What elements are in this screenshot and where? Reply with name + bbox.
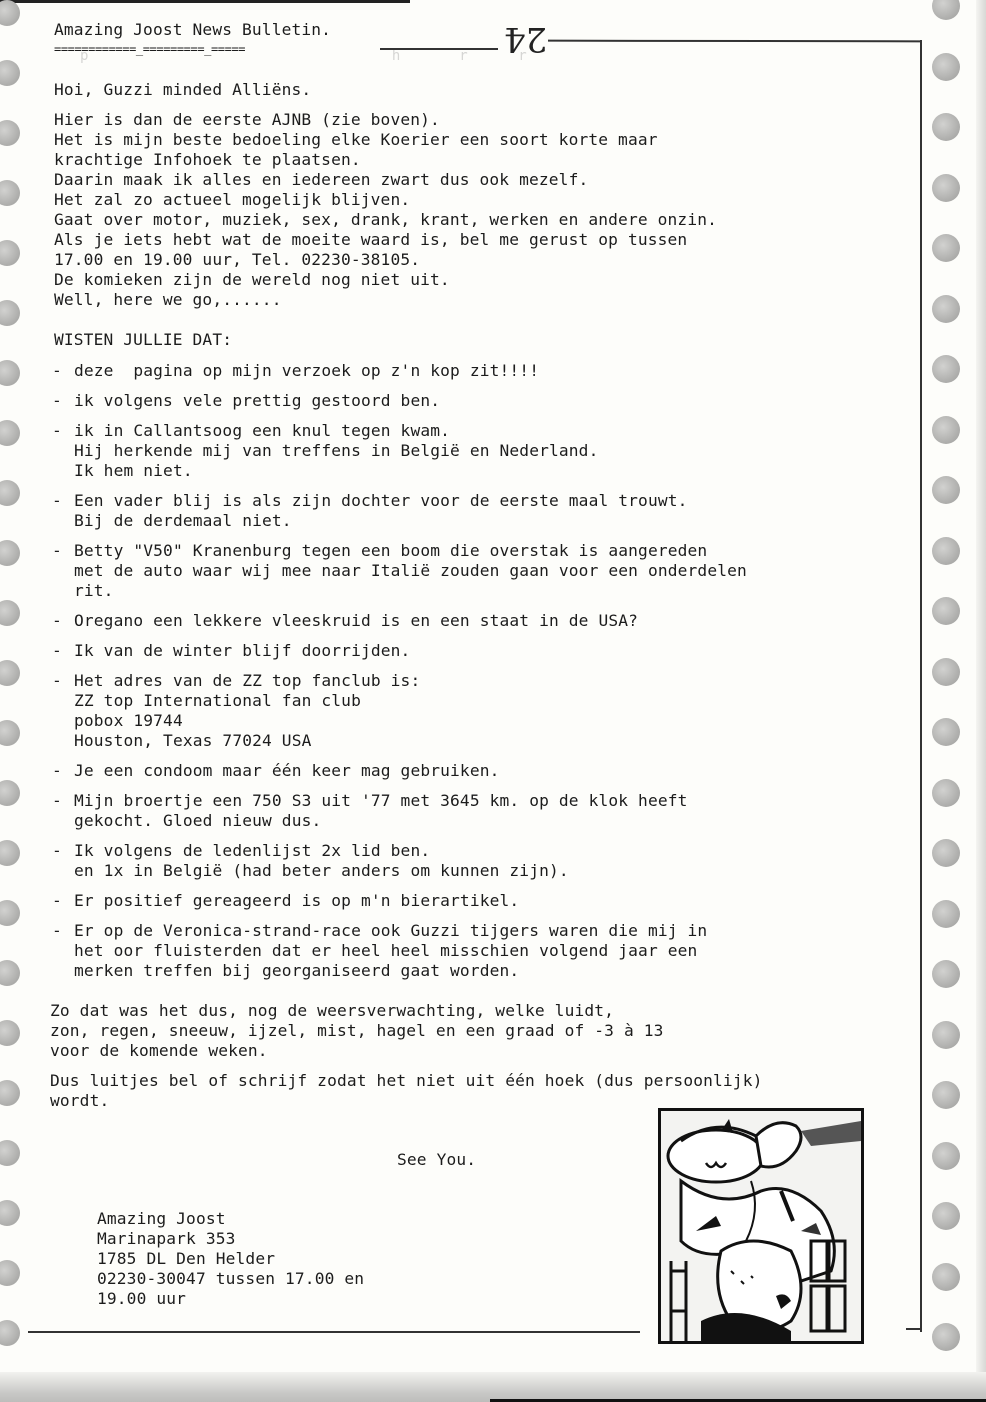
bullet-line: Er positief gereageerd is op m'n bierart… [74, 891, 747, 911]
punch-hole-icon [0, 1200, 20, 1226]
bullet-dash-icon: - [52, 641, 62, 661]
bullet-line: met de auto waar wij mee naar Italië zou… [74, 561, 747, 581]
punch-hole-icon [932, 1021, 960, 1049]
punch-hole-icon [0, 300, 20, 326]
punch-hole-icon [932, 0, 960, 20]
bullet-line: rit. [74, 581, 747, 601]
bullet-line: het oor fluisterden dat er heel heel mis… [74, 941, 747, 961]
bullet-text: deze pagina op mijn verzoek op z'n kop z… [74, 361, 747, 381]
signature-line: 02230-30047 tussen 17.00 en [97, 1269, 364, 1289]
punch-hole-icon [0, 420, 20, 446]
bullet-dash-icon: - [52, 891, 62, 911]
bulletin-title-underline: ============_=========_===== [54, 39, 245, 59]
punch-hole-icon [0, 0, 20, 26]
punch-hole-icon [0, 480, 20, 506]
bullet-dash-icon: - [52, 671, 62, 691]
bullet-line: ik in Callantsoog een knul tegen kwam. [74, 421, 747, 441]
bullet-item: -deze pagina op mijn verzoek op z'n kop … [52, 361, 747, 381]
punch-hole-icon [932, 476, 960, 504]
punch-hole-icon [0, 360, 20, 386]
bullet-item: -Oregano een lekkere vleeskruid is en ee… [52, 611, 747, 631]
bullet-text: Betty "V50" Kranenburg tegen een boom di… [74, 541, 747, 601]
bullet-text: Ik van de winter blijf doorrijden. [74, 641, 747, 661]
bullet-line: gekocht. Gloed nieuw dus. [74, 811, 747, 831]
bullet-item: -Er op de Veronica-strand-race ook Guzzi… [52, 921, 747, 981]
greeting-text: Hoi, Guzzi minded Alliëns. [54, 80, 311, 100]
bullet-dash-icon: - [52, 921, 62, 941]
page-edge-bottom [0, 1372, 986, 1402]
frame-border-top-left [380, 48, 498, 50]
bullet-text: ik in Callantsoog een knul tegen kwam.Hi… [74, 421, 747, 481]
punch-hole-icon [932, 597, 960, 625]
punch-hole-icon [0, 1020, 20, 1046]
bullet-item: -Ik volgens de ledenlijst 2x lid ben.en … [52, 841, 747, 881]
bullet-line: Er op de Veronica-strand-race ook Guzzi … [74, 921, 747, 941]
intro-line: krachtige Infohoek te plaatsen. [54, 150, 717, 170]
bullet-list: -deze pagina op mijn verzoek op z'n kop … [52, 361, 747, 991]
bullet-dash-icon: - [52, 391, 62, 411]
bullet-line: deze pagina op mijn verzoek op z'n kop z… [74, 361, 747, 381]
bullet-line: Hij herkende mij van treffens in België … [74, 441, 747, 461]
closing-line: zon, regen, sneeuw, ijzel, mist, hagel e… [50, 1021, 664, 1041]
punch-hole-icon [932, 900, 960, 928]
punch-hole-icon [932, 174, 960, 202]
bullet-item: -Ik van de winter blijf doorrijden. [52, 641, 747, 661]
signature-line: 19.00 uur [97, 1289, 364, 1309]
punch-hole-icon [0, 180, 20, 206]
intro-line: 17.00 en 19.00 uur, Tel. 02230-38105. [54, 250, 717, 270]
punch-hole-icon [932, 416, 960, 444]
bullet-dash-icon: - [52, 491, 62, 511]
frame-border-bottom-left [28, 1331, 640, 1333]
punch-hole-icon [0, 240, 20, 266]
bullet-line: Het adres van de ZZ top fanclub is: [74, 671, 747, 691]
bullet-item: -Het adres van de ZZ top fanclub is:ZZ t… [52, 671, 747, 751]
punch-hole-icon [932, 53, 960, 81]
bullet-dash-icon: - [52, 841, 62, 861]
bullet-text: Oregano een lekkere vleeskruid is en een… [74, 611, 747, 631]
bullet-line: Bij de derdemaal niet. [74, 511, 747, 531]
bullet-line: pobox 19744 [74, 711, 747, 731]
punch-hole-icon [932, 1142, 960, 1170]
bullet-item: -ik in Callantsoog een knul tegen kwam.H… [52, 421, 747, 481]
punch-hole-icon [932, 1202, 960, 1230]
bullet-line: Betty "V50" Kranenburg tegen een boom di… [74, 541, 747, 561]
bullet-line: Ik volgens de ledenlijst 2x lid ben. [74, 841, 747, 861]
punch-hole-icon [932, 113, 960, 141]
sign-off: See You. [397, 1150, 476, 1170]
bullet-item: -Je een condoom maar één keer mag gebrui… [52, 761, 747, 781]
punch-hole-icon [0, 840, 20, 866]
cartoon-drawing-icon [661, 1111, 861, 1341]
punch-hole-icon [932, 779, 960, 807]
punch-hole-icon [932, 537, 960, 565]
bullet-line: Een vader blij is als zijn dochter voor … [74, 491, 747, 511]
bullet-text: Mijn broertje een 750 S3 uit '77 met 364… [74, 791, 747, 831]
punch-hole-icon [932, 839, 960, 867]
intro-line: Well, here we go,...... [54, 290, 717, 310]
sign-off-text: See You. [397, 1150, 476, 1170]
bullet-line: Mijn broertje een 750 S3 uit '77 met 364… [74, 791, 747, 811]
frame-border-bottom-right [906, 1328, 922, 1330]
intro-line: Gaat over motor, muziek, sex, drank, kra… [54, 210, 717, 230]
punch-hole-icon [0, 60, 20, 86]
bullet-text: ik volgens vele prettig gestoord ben. [74, 391, 747, 411]
punch-hole-icon [0, 1260, 20, 1286]
signature-line: Marinapark 353 [97, 1229, 364, 1249]
punch-hole-icon [0, 120, 20, 146]
section-heading: WISTEN JULLIE DAT: [54, 330, 232, 350]
bullet-text: Het adres van de ZZ top fanclub is:ZZ to… [74, 671, 747, 751]
bulletin-title: Amazing Joost News Bulletin. [54, 20, 331, 40]
punch-hole-icon [0, 600, 20, 626]
bullet-line: ZZ top International fan club [74, 691, 747, 711]
bullet-dash-icon: - [52, 791, 62, 811]
intro-line: Het zal zo actueel mogelijk blijven. [54, 190, 717, 210]
bullet-item: -ik volgens vele prettig gestoord ben. [52, 391, 747, 411]
bullet-text: Er op de Veronica-strand-race ook Guzzi … [74, 921, 747, 981]
closing-line: Zo dat was het dus, nog de weersverwacht… [50, 1001, 664, 1021]
page-edge-right [976, 0, 986, 1380]
bullet-text: Er positief gereageerd is op m'n bierart… [74, 891, 747, 911]
intro-paragraph: Hier is dan de eerste AJNB (zie boven).H… [54, 110, 717, 310]
closing-line: Dus luitjes bel of schrijf zodat het nie… [50, 1071, 763, 1091]
intro-line: Het is mijn beste bedoeling elke Koerier… [54, 130, 717, 150]
page-edge-top [0, 0, 410, 3]
bullet-line: ik volgens vele prettig gestoord ben. [74, 391, 747, 411]
punch-hole-icon [932, 1323, 960, 1351]
bullet-item: -Mijn broertje een 750 S3 uit '77 met 36… [52, 791, 747, 831]
bullet-dash-icon: - [52, 361, 62, 381]
bullet-text: Je een condoom maar één keer mag gebruik… [74, 761, 747, 781]
punch-hole-icon [0, 1080, 20, 1106]
closing-paragraph-contact: Dus luitjes bel of schrijf zodat het nie… [50, 1071, 763, 1111]
punch-hole-icon [0, 780, 20, 806]
closing-line: wordt. [50, 1091, 763, 1111]
punch-hole-icon [0, 960, 20, 986]
intro-line: De komieken zijn de wereld nog niet uit. [54, 270, 717, 290]
intro-line: Als je iets hebt wat de moeite waard is,… [54, 230, 717, 250]
bullet-line: en 1x in België (had beter anders om kun… [74, 861, 747, 881]
punch-hole-icon [0, 540, 20, 566]
page-number: 24 [504, 22, 547, 56]
punch-hole-icon [932, 658, 960, 686]
closing-line: voor de komende weken. [50, 1041, 664, 1061]
signature-address: Amazing JoostMarinapark 3531785 DL Den H… [97, 1209, 364, 1309]
signature-line: 1785 DL Den Helder [97, 1249, 364, 1269]
intro-line: Daarin maak ik alles en iedereen zwart d… [54, 170, 717, 190]
bullet-dash-icon: - [52, 611, 62, 631]
punch-hole-icon [932, 718, 960, 746]
bullet-dash-icon: - [52, 421, 62, 441]
greeting: Hoi, Guzzi minded Alliëns. [54, 80, 311, 100]
closing-paragraph-weather: Zo dat was het dus, nog de weersverwacht… [50, 1001, 664, 1061]
punch-hole-icon [932, 1263, 960, 1291]
bullet-line: Oregano een lekkere vleeskruid is en een… [74, 611, 747, 631]
frame-border-right [920, 40, 922, 1332]
bullet-line: Houston, Texas 77024 USA [74, 731, 747, 751]
bullet-dash-icon: - [52, 541, 62, 561]
punch-hole-icon [932, 355, 960, 383]
punch-hole-icon [932, 1081, 960, 1109]
punch-hole-icon [0, 900, 20, 926]
punch-hole-icon [0, 1140, 20, 1166]
punch-hole-icon [0, 720, 20, 746]
bullet-text: Ik volgens de ledenlijst 2x lid ben.en 1… [74, 841, 747, 881]
bullet-line: Ik van de winter blijf doorrijden. [74, 641, 747, 661]
punch-hole-icon [932, 960, 960, 988]
punch-hole-icon [0, 660, 20, 686]
frame-border-top-right [548, 40, 922, 43]
intro-line: Hier is dan de eerste AJNB (zie boven). [54, 110, 717, 130]
bullet-line: Ik hem niet. [74, 461, 747, 481]
bullet-line: merken treffen bij georganiseerd gaat wo… [74, 961, 747, 981]
cartoon-illustration [658, 1108, 864, 1344]
signature-line: Amazing Joost [97, 1209, 364, 1229]
bullet-dash-icon: - [52, 761, 62, 781]
punch-hole-icon [932, 295, 960, 323]
bullet-text: Een vader blij is als zijn dochter voor … [74, 491, 747, 531]
bullet-line: Je een condoom maar één keer mag gebruik… [74, 761, 747, 781]
punch-hole-icon [932, 234, 960, 262]
bullet-item: -Betty "V50" Kranenburg tegen een boom d… [52, 541, 747, 601]
scanned-page: p h r r 24 Amazing Joost News Bulletin. … [0, 0, 986, 1402]
bullet-item: -Een vader blij is als zijn dochter voor… [52, 491, 747, 531]
section-heading-text: WISTEN JULLIE DAT: [54, 330, 232, 350]
bullet-item: -Er positief gereageerd is op m'n bierar… [52, 891, 747, 911]
punch-hole-icon [0, 1320, 20, 1346]
